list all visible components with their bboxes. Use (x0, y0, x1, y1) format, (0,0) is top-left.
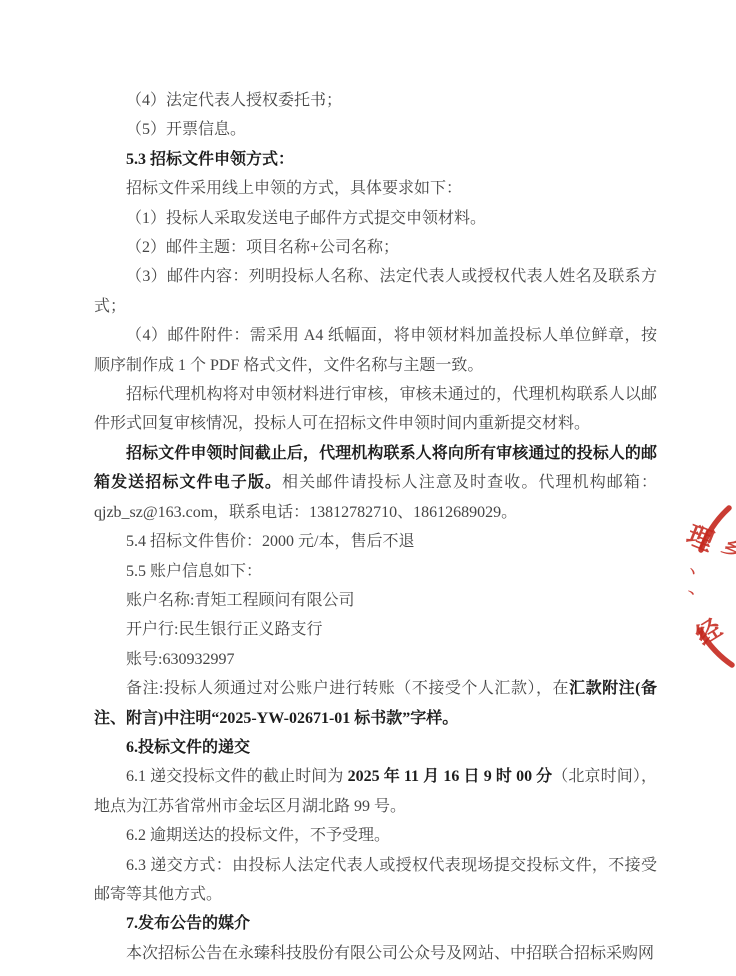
text-run: （5）开票信息。 (126, 121, 246, 138)
paragraph: 备注:投标人须通过对公账户进行转账（不接受个人汇款），在汇款附注(备注、附言)中… (94, 674, 657, 733)
text-run: 5.5 账户信息如下： (126, 563, 262, 580)
paragraph: 账户名称:青矩工程顾问有限公司 (94, 586, 657, 615)
paragraph: 开户行:民生银行正义路支行 (94, 615, 657, 644)
paragraph: 5.4 招标文件售价：2000 元/本，售后不退 (94, 527, 657, 556)
text-run: 6.2 逾期送达的投标文件，不予受理。 (126, 827, 390, 844)
paragraph: 6.1 递交投标文件的截止时间为 2025 年 11 月 16 日 9 时 00… (94, 762, 657, 821)
text-run-bold: 7.发布公告的媒介 (126, 915, 250, 932)
text-run: （2）邮件主题：项目名称+公司名称； (126, 239, 399, 256)
paragraph: 账号:630932997 (94, 645, 657, 674)
text-run: 开户行:民生银行正义路支行 (126, 621, 322, 638)
text-run: 招标代理机构将对申领材料进行审核，审核未通过的，代理机构联系人以邮件形式回复审核… (94, 386, 657, 432)
document-page: （4）法定代表人授权委托书；（5）开票信息。5.3 招标文件申领方式：招标文件采… (0, 0, 736, 976)
paragraph: （2）邮件主题：项目名称+公司名称； (94, 233, 657, 262)
text-run-bold: 6.投标文件的递交 (126, 739, 250, 756)
paragraph: 5.3 招标文件申领方式： (94, 145, 657, 174)
text-run: 6.1 递交投标文件的截止时间为 (126, 768, 348, 785)
paragraph: 招标文件采用线上申领的方式，具体要求如下： (94, 174, 657, 203)
text-run: 6.3 递交方式：由投标人法定代表人或授权代表现场提交投标文件，不接受邮寄等其他… (94, 857, 657, 903)
text-run-bold: 2025 年 11 月 16 日 9 时 00 分 (348, 768, 553, 785)
text-run: 5.4 招标文件售价：2000 元/本，售后不退 (126, 533, 414, 550)
paragraph: 6.2 逾期送达的投标文件，不予受理。 (94, 821, 657, 850)
text-run: 本次招标公告在永臻科技股份有限公司公众号及网站、中招联合招标采购网 (126, 945, 654, 962)
text-run: 备注:投标人须通过对公账户进行转账（不接受个人汇款），在 (126, 680, 569, 697)
text-run-bold: 5.3 招标文件申领方式： (126, 151, 294, 168)
paragraph: （3）邮件内容：列明投标人名称、法定代表人或授权代表人姓名及联系方式； (94, 262, 657, 321)
paragraph: 7.发布公告的媒介 (94, 909, 657, 938)
paragraph: 6.3 递交方式：由投标人法定代表人或授权代表现场提交投标文件，不接受邮寄等其他… (94, 851, 657, 910)
text-run: （1）投标人采取发送电子邮件方式提交申领材料。 (126, 210, 486, 227)
paragraph: 6.投标文件的递交 (94, 733, 657, 762)
paragraph: （1）投标人采取发送电子邮件方式提交申领材料。 (94, 204, 657, 233)
text-run: （4）邮件附件：需采用 A4 纸幅面，将申领材料加盖投标人单位鲜章，按顺序制作成… (94, 327, 657, 373)
document-body: （4）法定代表人授权委托书；（5）开票信息。5.3 招标文件申领方式：招标文件采… (0, 0, 736, 968)
text-run: 招标文件采用线上申领的方式，具体要求如下： (126, 180, 462, 197)
paragraph: 招标文件申领时间截止后，代理机构联系人将向所有审核通过的投标人的邮箱发送招标文件… (94, 439, 657, 527)
paragraph: （4）邮件附件：需采用 A4 纸幅面，将申领材料加盖投标人单位鲜章，按顺序制作成… (94, 321, 657, 380)
text-run: 账号:630932997 (126, 651, 234, 668)
paragraph: （4）法定代表人授权委托书； (94, 86, 657, 115)
paragraph: 5.5 账户信息如下： (94, 557, 657, 586)
paragraph: 本次招标公告在永臻科技股份有限公司公众号及网站、中招联合招标采购网 (94, 939, 657, 968)
text-run: （3）邮件内容：列明投标人名称、法定代表人或授权代表人姓名及联系方式； (94, 268, 657, 314)
text-run: 账户名称:青矩工程顾问有限公司 (126, 592, 354, 609)
paragraph: （5）开票信息。 (94, 115, 657, 144)
text-run: （4）法定代表人授权委托书； (126, 92, 342, 109)
paragraph: 招标代理机构将对申领材料进行审核，审核未通过的，代理机构联系人以邮件形式回复审核… (94, 380, 657, 439)
